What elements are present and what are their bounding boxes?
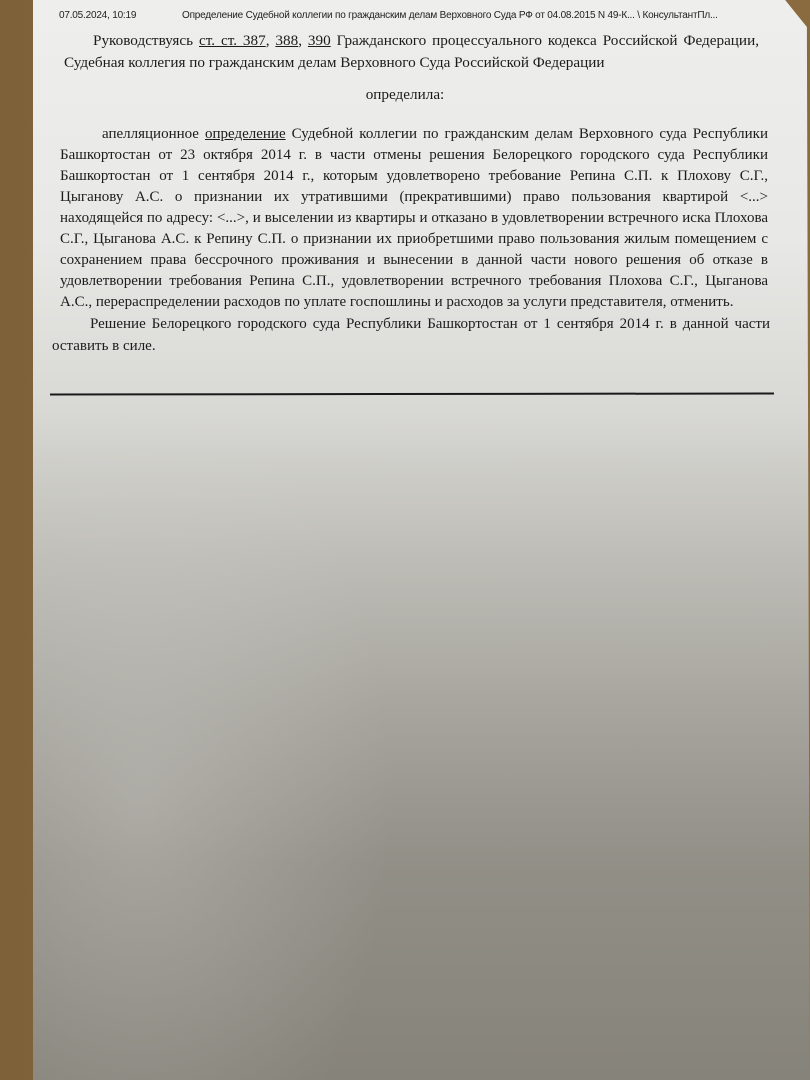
article-link-387[interactable]: ст. ст. 387 (199, 32, 266, 49)
article-link-388[interactable]: 388 (275, 32, 298, 49)
preamble-paragraph: Руководствуясь ст. ст. 387, 388, 390 Гра… (64, 30, 759, 73)
ruling-body: Судебной коллегии по гражданским делам В… (60, 126, 768, 310)
closing-paragraph: Решение Белорецкого городского суда Респ… (52, 313, 770, 357)
appeal-ruling-link[interactable]: определение (205, 126, 286, 142)
print-document-title: Определение Судебной коллегии по граждан… (182, 10, 718, 21)
verdict-heading: определила: (0, 86, 810, 104)
closing-text: Решение Белорецкого городского суда Респ… (52, 313, 770, 357)
print-timestamp: 07.05.2024, 10:19 (59, 10, 182, 21)
ruling-paragraph: апелляционное определение Судебной колле… (60, 124, 768, 313)
separator: , (298, 32, 308, 49)
separator: , (266, 32, 276, 49)
ruling-lead: апелляционное (102, 126, 205, 142)
ruling-text: апелляционное определение Судебной колле… (60, 124, 768, 313)
preamble-lead: Руководствуясь (64, 32, 199, 49)
print-header: 07.05.2024, 10:19Определение Судебной ко… (59, 10, 760, 21)
article-link-390[interactable]: 390 (308, 32, 331, 49)
